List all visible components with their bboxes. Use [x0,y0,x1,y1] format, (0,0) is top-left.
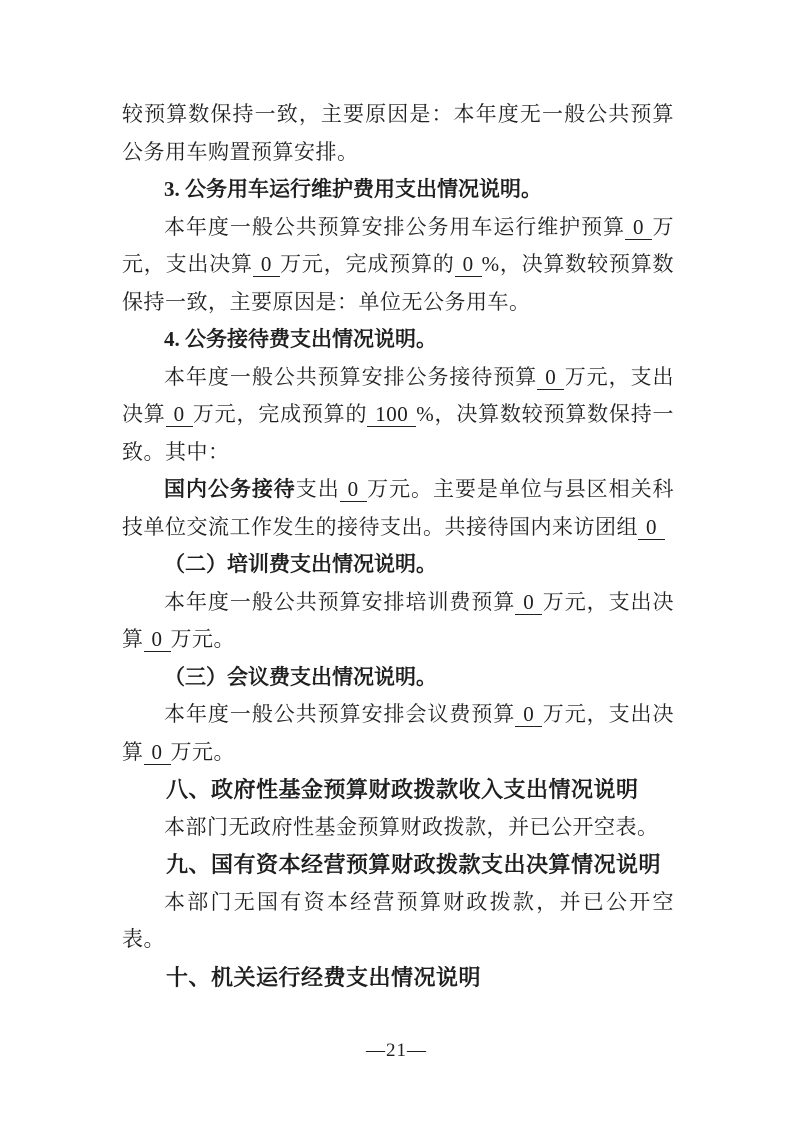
text-run: 十、机关运行经费支出情况说明 [166,965,481,990]
subheading-4-official-reception: 4. 公务接待费支出情况说明。 [122,321,674,359]
filled-blank-value: 0 [455,252,482,277]
text-run: 本部门无国有资本经营预算财政拨款，并已公开空表。 [122,890,674,952]
text-run: 八、政府性基金预算财政拨款收入支出情况说明 [166,777,639,802]
filled-blank-value: 0 [166,402,193,427]
para-govt-fund: 本部门无政府性基金预算财政拨款，并已公开空表。 [122,809,674,847]
para-vehicle-operating-cost: 本年度一般公共预算安排公务用车运行维护预算0万元，支出决算0万元，完成预算的0%… [122,209,674,322]
document-page: 较预算数保持一致，主要原因是：本年度无一般公共预算公务用车购置预算安排。3. 公… [0,0,793,1122]
text-run: 万元。 [171,740,236,764]
filled-blank-value: 0 [515,590,542,615]
filled-blank-value: 0 [253,252,280,277]
heading-10-agency-operating: 十、机关运行经费支出情况说明 [122,959,674,997]
text-run: 本部门无政府性基金预算财政拨款，并已公开空表。 [164,815,659,839]
para-domestic-reception: 国内公务接待支出0万元。主要是单位与县区相关科技单位交流工作发生的接待支出。共接… [122,471,674,546]
text-run: 4. 公务接待费支出情况说明。 [164,327,437,351]
text-run: 九、国有资本经营预算财政拨款支出决算情况说明 [166,852,661,877]
text-run: 3. 公务用车运行维护费用支出情况说明。 [164,177,542,201]
heading-8-govt-fund: 八、政府性基金预算财政拨款收入支出情况说明 [122,771,674,809]
text-run: 国内公务接待 [164,477,296,501]
text-run: 本年度一般公共预算安排公务用车运行维护预算 [164,215,625,239]
text-run: 万元，支出决 [542,702,674,726]
text-run: （三）会议费支出情况说明。 [164,665,437,689]
para-official-reception: 本年度一般公共预算安排公务接待预算0万元，支出决算0万元，完成预算的100%，决… [122,359,674,472]
filled-blank-value: 0 [144,627,171,652]
heading-9-state-capital: 九、国有资本经营预算财政拨款支出决算情况说明 [122,846,674,884]
para-meeting-cost: 本年度一般公共预算安排会议费预算0万元，支出决算0万元。 [122,696,674,771]
filled-blank-value: 0 [144,740,171,765]
filled-blank-value: 0 [638,515,665,540]
para-training-cost: 本年度一般公共预算安排培训费预算0万元，支出决算0万元。 [122,584,674,659]
text-run: 支出 [296,477,340,501]
subheading-2-training-cost: （二）培训费支出情况说明。 [122,546,674,584]
document-body: 较预算数保持一致，主要原因是：本年度无一般公共预算公务用车购置预算安排。3. 公… [122,96,674,996]
subheading-3-meeting-cost: （三）会议费支出情况说明。 [122,659,674,697]
filled-blank-value: 0 [515,702,542,727]
page-number: —21— [0,1040,793,1062]
para-state-capital: 本部门无国有资本经营预算财政拨款，并已公开空表。 [122,884,674,959]
text-run: 万元。 [171,627,236,651]
text-run: （二）培训费支出情况说明。 [164,552,437,576]
filled-blank-value: 100 [367,402,416,427]
text-run: 本年度一般公共预算安排公务接待预算 [164,365,537,389]
text-run: 较预算数保持一致，主要原因是：本年度无一般公共预算公务用车购置预算安排。 [122,102,674,164]
filled-blank-value: 0 [537,365,564,390]
filled-blank-value: 0 [340,477,367,502]
text-run: 算 [122,740,144,764]
text-run: 万元，完成预算的 [193,402,368,426]
subheading-3-vehicle-operating-cost: 3. 公务用车运行维护费用支出情况说明。 [122,171,674,209]
filled-blank-value: 0 [625,215,652,240]
text-run: 本年度一般公共预算安排培训费预算 [164,590,515,614]
para-vehicle-purchase-continuation: 较预算数保持一致，主要原因是：本年度无一般公共预算公务用车购置预算安排。 [122,96,674,171]
text-run: 万元，完成预算的 [280,252,455,276]
text-run: 本年度一般公共预算安排会议费预算 [164,702,515,726]
